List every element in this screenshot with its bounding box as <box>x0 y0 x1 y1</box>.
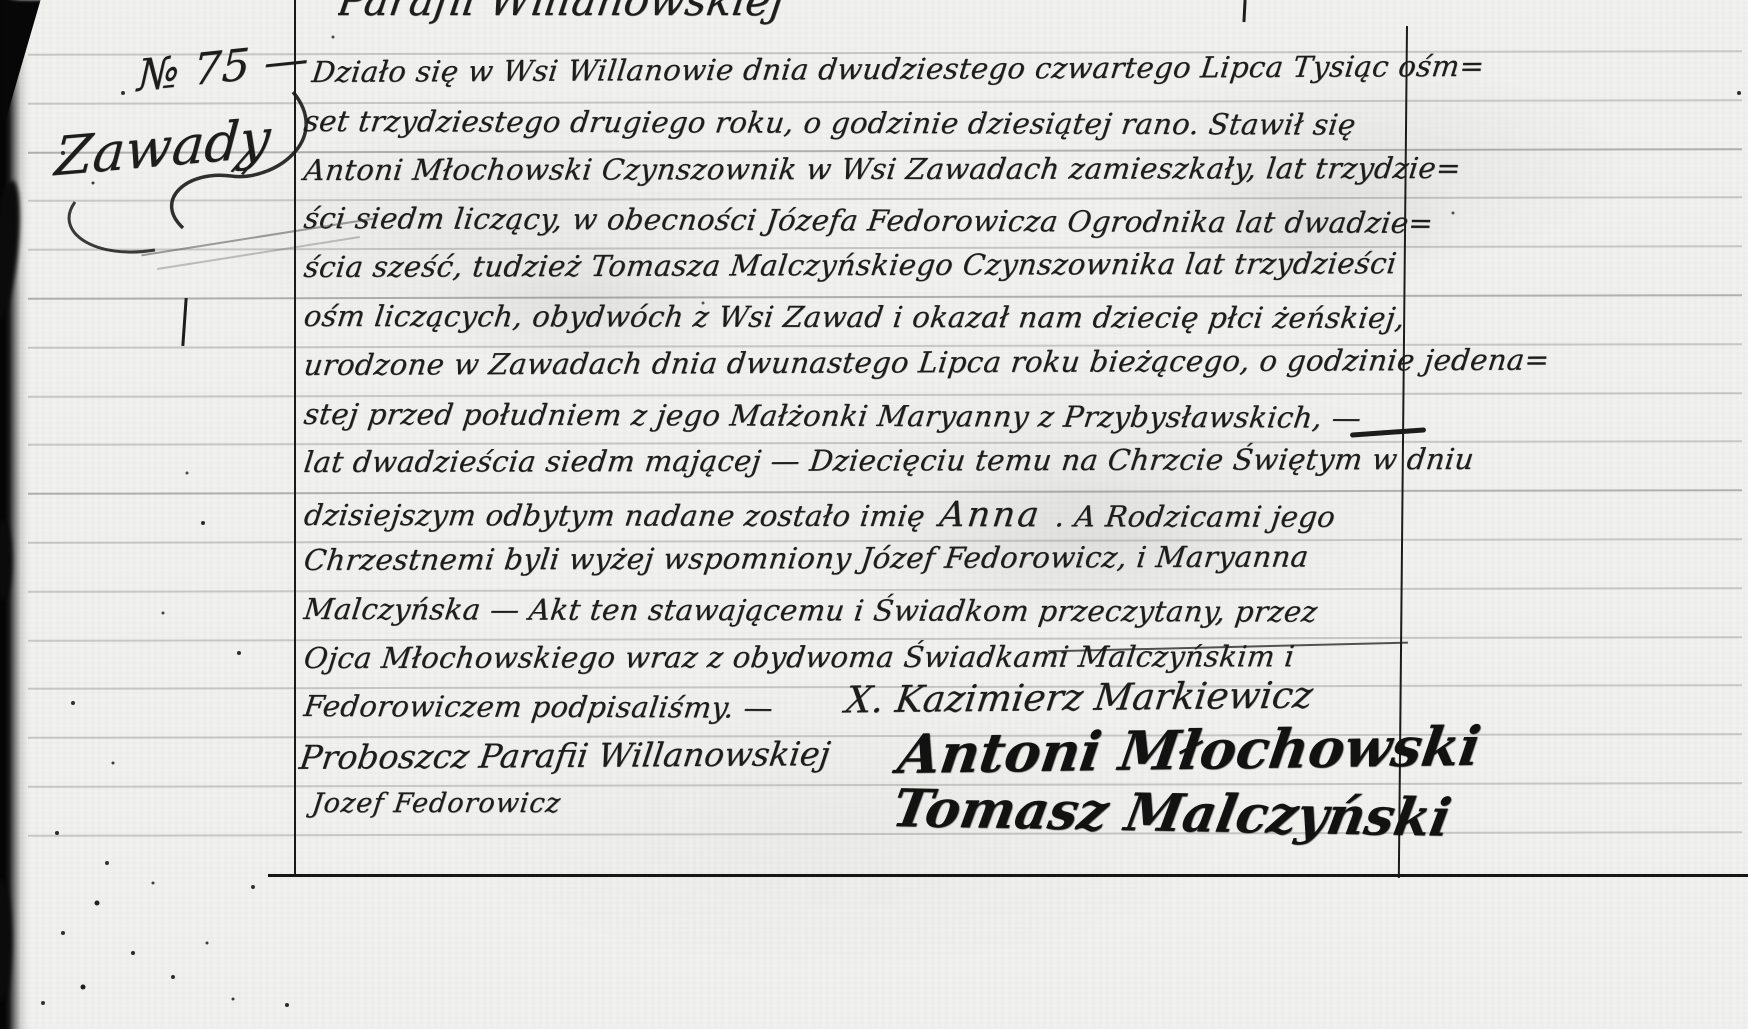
line-text-after-name: . A Rodzicami jego <box>1053 499 1337 533</box>
stray-ink-stroke <box>1242 0 1246 22</box>
record-line: lat dwadzieścia siedm mającej — Dziecięc… <box>302 442 1476 479</box>
record-line: urodzone w Zawadach dnia dwunastego Lipc… <box>302 343 1551 382</box>
previous-record-fragment: Parafii Willanowskiej <box>338 0 978 25</box>
record-line: Działo się w Wsi Willanowie dnia dwudzie… <box>310 49 1486 89</box>
record-line: ścia sześć, tudzież Tomasza Malczyńskieg… <box>302 246 1399 284</box>
record-line: Ojca Młochowskiego wraz z obydwoma Świad… <box>302 639 1296 675</box>
given-name-anna: Anna <box>932 495 1048 535</box>
record-line: Malczyńska — Akt ten stawającemu i Świad… <box>302 592 1319 629</box>
record-line: Chrzestnemi byli wyżej wspomniony Józef … <box>302 539 1311 577</box>
stray-ink-stroke <box>181 298 187 346</box>
record-line: Antoni Młochowski Czynszownik w Wsi Zawa… <box>302 151 1463 187</box>
priest-signature: X. Kazimierz Markiewicz <box>843 674 1315 722</box>
record-line: ści siedm liczący, w obecności Józefa Fe… <box>302 201 1435 240</box>
ruling-line <box>28 782 1742 787</box>
binding-shadow <box>0 0 30 1029</box>
ruling-line <box>28 831 1742 836</box>
ruling-line <box>28 294 1742 299</box>
father-signature-mlochowski: Antoni Młochowski <box>894 714 1485 786</box>
witness-signature-malczynski: Tomasz Malczyński <box>888 778 1455 849</box>
record-line: ośm liczących, obydwóch z Wsi Zawad i ok… <box>302 299 1407 335</box>
ink-specks <box>0 0 2 2</box>
bold-dash-mark <box>1350 427 1426 437</box>
scanned-document-page: Parafii Willanowskiej № 75 — Zawady // D… <box>0 0 1748 1029</box>
priest-title: Proboszcz Parafii Willanowskiej <box>297 734 832 777</box>
ruling-line <box>28 392 1742 397</box>
cell-border-bottom <box>268 874 1748 877</box>
record-line: stej przed południem z jego Małżonki Mar… <box>302 397 1363 435</box>
record-line: Fedorowiczem podpisaliśmy. — <box>302 689 775 725</box>
fragment-text: Parafii Willanowskiej <box>338 0 787 25</box>
line-text-before-name: dzisiejszym odbytym nadane zostało imię <box>302 498 927 533</box>
witness-signature-fedorowicz: Jozef Fedorowicz <box>310 788 563 819</box>
ruling-line <box>28 733 1742 738</box>
record-line: set trzydziestego drugiego roku, o godzi… <box>302 104 1358 142</box>
record-line-baptism-name: dzisiejszym odbytym nadane zostało imię … <box>302 494 1338 536</box>
